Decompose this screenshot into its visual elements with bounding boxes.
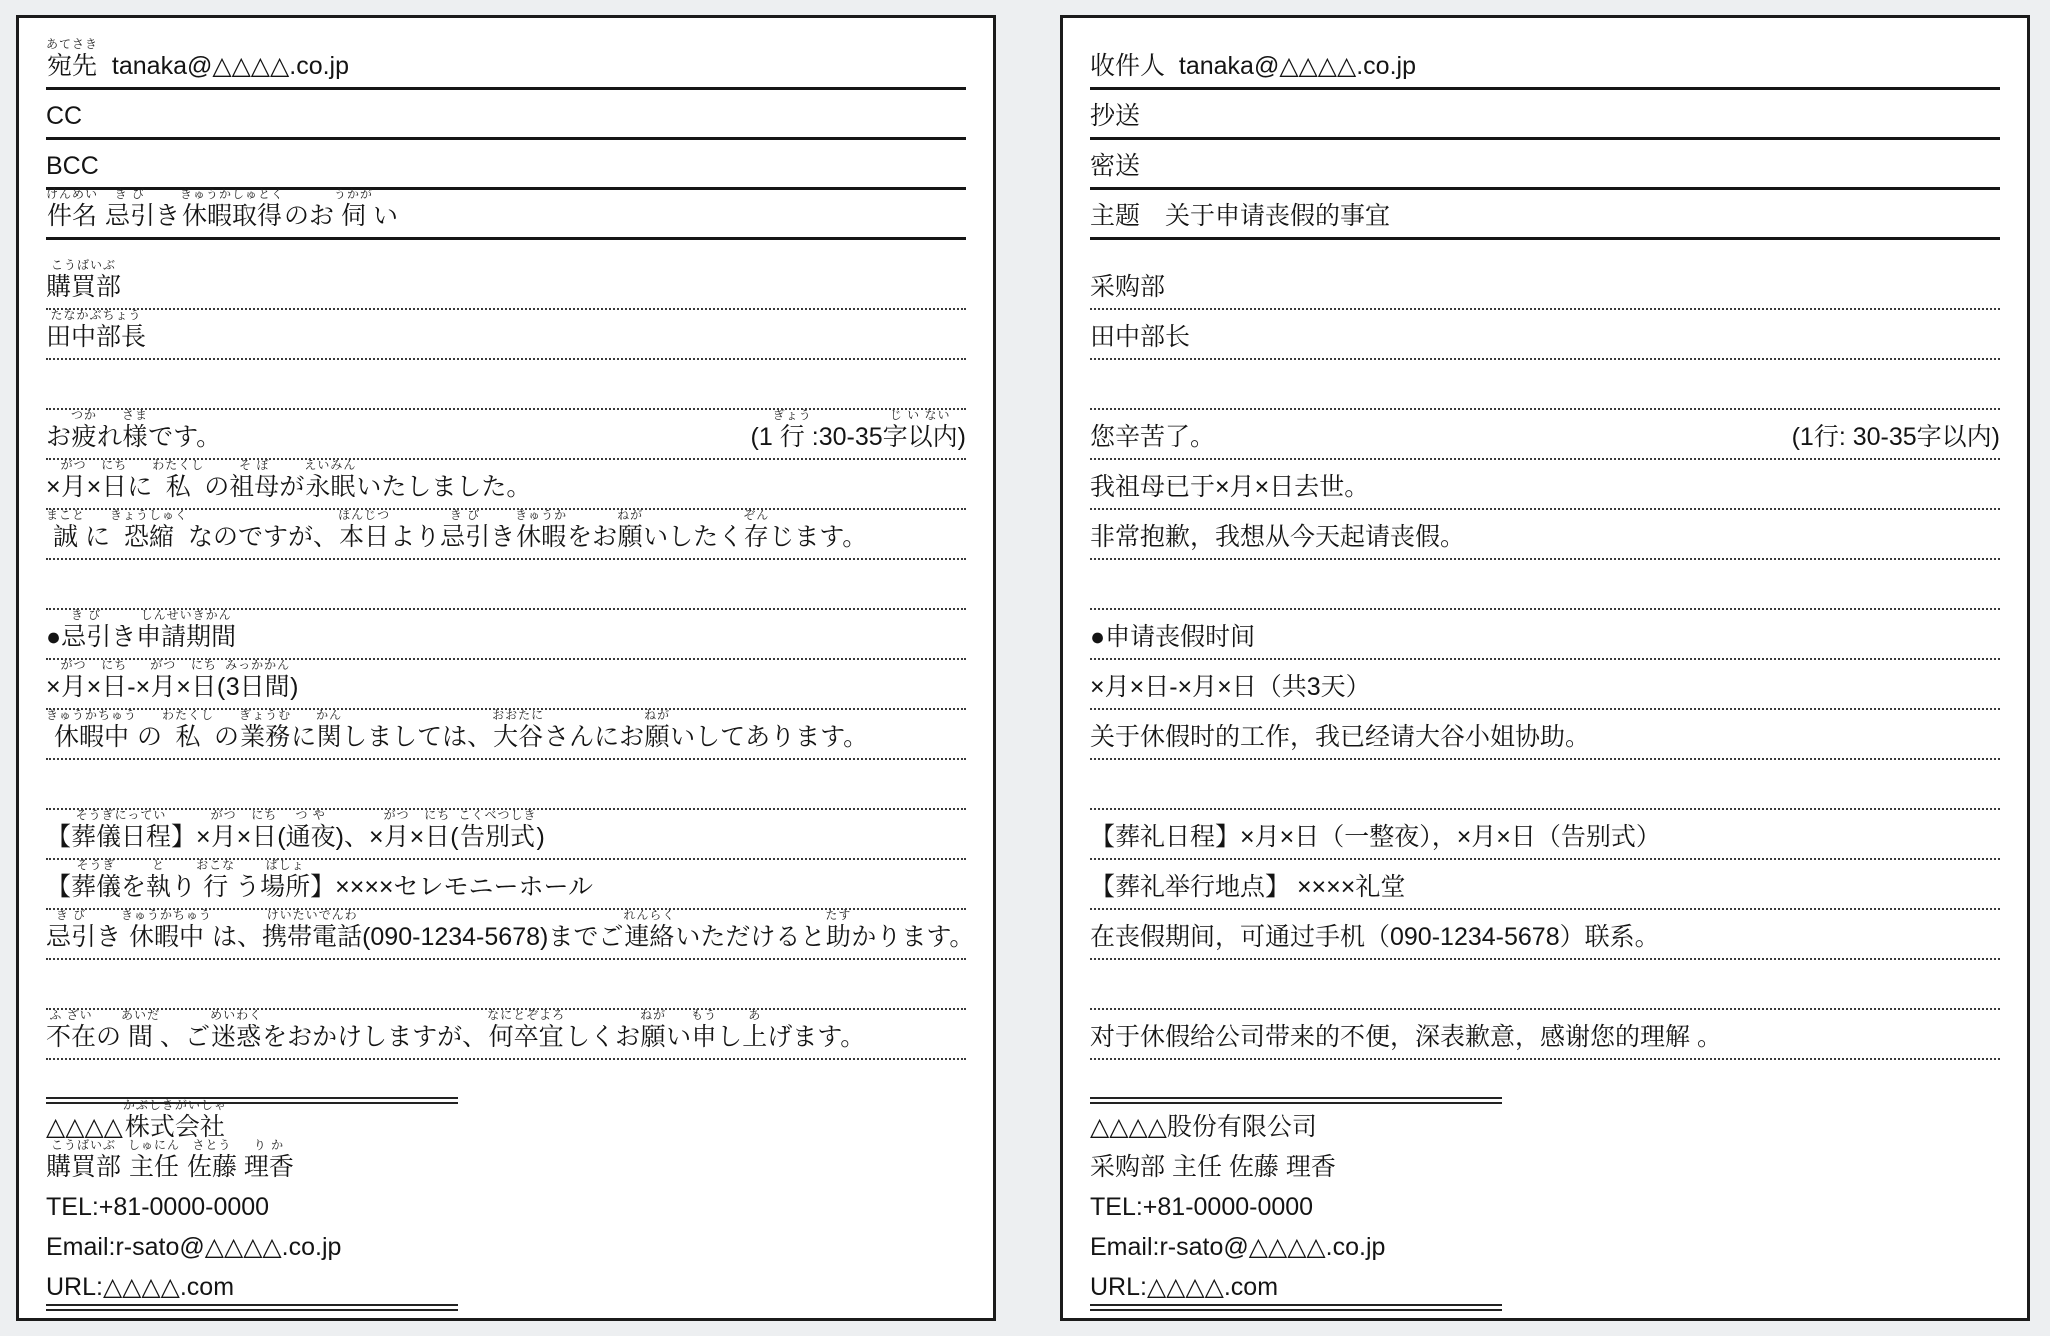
ruby-base: 忌引 bbox=[61, 623, 111, 651]
text-segment: 抄送 bbox=[1090, 102, 1140, 130]
body-row: 【そうぎにってい葬儀日程】×がつ月×にち日(つ や通夜)、×がつ月×にち日(こく… bbox=[46, 810, 966, 860]
text-segment: いただけると bbox=[675, 923, 825, 951]
furigana: きゅうか bbox=[515, 509, 567, 521]
ruby-group: がつ月 bbox=[384, 809, 410, 851]
text-segment: ( bbox=[217, 673, 225, 701]
ruby-base: 大谷 bbox=[493, 723, 543, 751]
ruby-base: 様 bbox=[123, 423, 148, 451]
body-content: たなかぶちょう田中部長 bbox=[46, 309, 146, 351]
ruby-group: がつ月 bbox=[211, 809, 237, 851]
text-segment: き bbox=[490, 523, 515, 551]
furigana: そ ぼ bbox=[239, 459, 269, 471]
field-row: 主题 关于申请丧假的事宜 bbox=[1090, 190, 2000, 240]
body-row: まこと誠にきょうしゅく恐縮なのですが、ほんじつ本日よりき び忌引ききゅうか休暇を… bbox=[46, 510, 966, 560]
furigana: き び bbox=[71, 609, 101, 621]
field-content: けんめい件名 き び忌引ききゅうかしゅとく休暇取得のおうかが伺い bbox=[46, 188, 398, 230]
text-segment: 【葬礼举行地点】 ××××礼堂 bbox=[1090, 873, 1405, 901]
body-row: ×がつ月×にち日-×がつ月×にち日(みっかかん3日間) bbox=[46, 660, 966, 710]
furigana: あてさき bbox=[46, 38, 98, 50]
signature-line: TEL:+81-0000-0000 bbox=[46, 1184, 458, 1224]
ruby-group: つ や通夜 bbox=[286, 809, 336, 851]
furigana: けんめい bbox=[46, 188, 98, 200]
furigana: あ bbox=[748, 1009, 761, 1021]
ruby-base: 件名 bbox=[47, 202, 97, 230]
body-content: 您辛苦了。 bbox=[1090, 423, 1215, 451]
text-segment: 、ご bbox=[160, 1023, 210, 1051]
text-segment: 我祖母已于×月×日去世。 bbox=[1090, 473, 1369, 501]
text-segment: に bbox=[291, 723, 316, 751]
furigana: き び bbox=[115, 188, 145, 200]
body-content: 我祖母已于×月×日去世。 bbox=[1090, 473, 1369, 501]
body-content: まこと誠にきょうしゅく恐縮なのですが、ほんじつ本日よりき び忌引ききゅうか休暇を… bbox=[46, 509, 867, 551]
body-content: きゅうかちゅう休暇中のわたくし私のぎょうむ業務にかん関しましては、おおたに大谷さ… bbox=[46, 709, 868, 751]
furigana: ぎょうむ bbox=[239, 709, 291, 721]
furigana: わたくし bbox=[152, 459, 204, 471]
text-segment: TEL:+81-0000-0000 bbox=[1090, 1193, 1313, 1221]
furigana: きゅうかちゅう bbox=[121, 909, 212, 921]
ruby-base: 永眠 bbox=[305, 473, 355, 501]
ruby-group: ぎょう行 bbox=[773, 409, 812, 451]
ruby-base: 祖母 bbox=[229, 473, 279, 501]
body-content: ×がつ月×にち日にわたくし私のそ ぼ祖母がえいみん永眠いたしました。 bbox=[46, 459, 531, 501]
ruby-group: こうばいぶ購買部 bbox=[46, 259, 121, 301]
ruby-group: にち日 bbox=[101, 459, 127, 501]
text-segment: 对于休假给公司带来的不便，深表歉意，感谢您的理解 。 bbox=[1090, 1023, 1722, 1051]
ruby-group: こくべつしき告別式 bbox=[459, 809, 537, 851]
body-row: 对于休假给公司带来的不便，深表歉意，感谢您的理解 。 bbox=[1090, 1010, 2000, 1060]
body-row: 【そうぎ葬儀をと執りおこな行うばしょ場所】××××セレモニーホール bbox=[46, 860, 966, 910]
text-segment: より bbox=[390, 523, 440, 551]
field-row: けんめい件名 き び忌引ききゅうかしゅとく休暇取得のおうかが伺い bbox=[46, 190, 966, 240]
furigana: がつ bbox=[211, 809, 237, 821]
empty-row bbox=[46, 960, 966, 1010]
body-row: 田中部长 bbox=[1090, 310, 2000, 360]
ruby-base: 上 bbox=[742, 1023, 767, 1051]
text-segment bbox=[237, 1153, 244, 1181]
text-segment: URL:△△△△.com bbox=[46, 1273, 234, 1301]
furigana: ぞん bbox=[743, 509, 769, 521]
signature-line: 采购部 主任 佐藤 理香 bbox=[1090, 1144, 1502, 1184]
furigana: もう bbox=[691, 1009, 717, 1021]
field-row: あてさき宛先 tanaka@△△△△.co.jp bbox=[46, 18, 966, 90]
body-content: 【そうぎ葬儀をと執りおこな行うばしょ場所】××××セレモニーホール bbox=[46, 859, 593, 901]
text-segment: × bbox=[410, 823, 425, 851]
text-segment: の bbox=[204, 473, 229, 501]
text-segment: 【 bbox=[46, 823, 71, 851]
furigana: がつ bbox=[384, 809, 410, 821]
furigana: あいだ bbox=[121, 1009, 160, 1021]
signature-line: TEL:+81-0000-0000 bbox=[1090, 1184, 1502, 1224]
body-content: ふ ざい不在のあいだ間、ごめいわく迷惑をおかけしますが、なにとぞよろ何卒宜しくお… bbox=[46, 1009, 865, 1051]
field-content: CC bbox=[46, 102, 82, 130]
text-segment: は、 bbox=[212, 923, 262, 951]
body-content: ×月×日-×月×日（共3天） bbox=[1090, 673, 1371, 701]
text-segment: 关于休假时的工作，我已经请大谷小姐协助。 bbox=[1090, 723, 1590, 751]
ruby-group: ぞん存 bbox=[743, 509, 769, 551]
text-segment: × bbox=[87, 473, 102, 501]
empty-row bbox=[46, 760, 966, 810]
ruby-group: ねが願 bbox=[640, 1009, 666, 1051]
ruby-base: 月 bbox=[151, 673, 176, 701]
text-segment: い bbox=[373, 202, 398, 230]
body-row: 【葬礼举行地点】 ××××礼堂 bbox=[1090, 860, 2000, 910]
signature-line: こうばいぶ購買部 しゅにん主任 さとう佐藤 り か理香 bbox=[46, 1144, 458, 1184]
text-segment: ) bbox=[290, 673, 298, 701]
furigana: さま bbox=[122, 409, 148, 421]
ruby-base: 日 bbox=[252, 823, 277, 851]
furigana: き び bbox=[450, 509, 480, 521]
ruby-base: 忌引 bbox=[105, 202, 155, 230]
body-row: 我祖母已于×月×日去世。 bbox=[1090, 460, 2000, 510]
ruby-base: 迷惑 bbox=[211, 1023, 261, 1051]
body-content: おつか疲れさま様です。 bbox=[46, 409, 221, 451]
body-row: たなかぶちょう田中部長 bbox=[46, 310, 966, 360]
ruby-group: そうぎ葬儀 bbox=[71, 859, 121, 901]
email-panel-japanese: あてさき宛先 tanaka@△△△△.co.jpCCBCCけんめい件名 き び忌… bbox=[16, 15, 996, 1321]
ruby-group: たす助 bbox=[825, 909, 851, 951]
text-segment: に bbox=[127, 473, 152, 501]
text-segment: いしてあります。 bbox=[670, 723, 868, 751]
ruby-base: 願 bbox=[645, 723, 670, 751]
ruby-base: 佐藤 bbox=[187, 1153, 237, 1181]
ruby-group: うかが伺 bbox=[334, 188, 373, 230]
ruby-base: 購買部 bbox=[46, 1153, 121, 1181]
furigana: り か bbox=[254, 1139, 284, 1151]
ruby-group: がつ月 bbox=[61, 459, 87, 501]
furigana: うかが bbox=[334, 188, 373, 200]
ruby-base: 願 bbox=[641, 1023, 666, 1051]
field-row: CC bbox=[46, 90, 966, 140]
body-row: ×がつ月×にち日にわたくし私のそ ぼ祖母がえいみん永眠いたしました。 bbox=[46, 460, 966, 510]
ruby-base: 助 bbox=[826, 923, 851, 951]
text-segment: ) bbox=[958, 423, 966, 451]
field-content: あてさき宛先 tanaka@△△△△.co.jp bbox=[46, 38, 349, 80]
text-segment: 密送 bbox=[1090, 152, 1140, 180]
body-content: 采购部 bbox=[1090, 273, 1165, 301]
body-row: き び忌引ききゅうかちゅう休暇中は、けいたいでんわ携帯電話(090-1234-5… bbox=[46, 910, 966, 960]
text-segment bbox=[180, 1153, 187, 1181]
furigana: ばしょ bbox=[266, 859, 305, 871]
char-limit-note: (1ぎょう行:30-35じ い ない字以内) bbox=[751, 409, 966, 451]
ruby-group: あてさき宛先 bbox=[46, 38, 98, 80]
body-content: 非常抱歉，我想从今天起请丧假。 bbox=[1090, 523, 1465, 551]
body-content: き び忌引ききゅうかちゅう休暇中は、けいたいでんわ携帯電話(090-1234-5… bbox=[46, 909, 974, 951]
furigana: がつ bbox=[61, 459, 87, 471]
text-segment: しましては、 bbox=[342, 723, 492, 751]
text-segment: Email:r-sato@△△△△.co.jp bbox=[46, 1233, 341, 1261]
text-segment: 【葬礼日程】×月×日（一整夜），×月×日（告别式） bbox=[1090, 823, 1661, 851]
furigana: しゅにん bbox=[128, 1139, 180, 1151]
body-row: ×月×日-×月×日（共3天） bbox=[1090, 660, 2000, 710]
text-segment: のお bbox=[284, 202, 334, 230]
text-segment: 在丧假期间，可通过手机（090-1234-5678）联系。 bbox=[1090, 923, 1660, 951]
ruby-base: 3日間 bbox=[226, 673, 290, 701]
text-segment: しくお bbox=[565, 1023, 640, 1051]
furigana: おこな bbox=[196, 859, 235, 871]
body-row: 非常抱歉，我想从今天起请丧假。 bbox=[1090, 510, 2000, 560]
text-segment: を bbox=[121, 873, 146, 901]
ruby-base: 誠 bbox=[53, 523, 78, 551]
ruby-group: にち日 bbox=[424, 809, 450, 851]
signature-line: Email:r-sato@△△△△.co.jp bbox=[1090, 1224, 1502, 1264]
ruby-base: 主任 bbox=[129, 1153, 179, 1181]
ruby-group: えいみん永眠 bbox=[304, 459, 356, 501]
ruby-group: みっかかん3日間 bbox=[225, 659, 290, 701]
furigana: がつ bbox=[150, 659, 176, 671]
ruby-base: 字以内 bbox=[883, 423, 958, 451]
text-segment: の bbox=[137, 723, 162, 751]
body-content: 【葬礼日程】×月×日（一整夜），×月×日（告别式） bbox=[1090, 823, 1661, 851]
body-content: 【そうぎにってい葬儀日程】×がつ月×にち日(つ や通夜)、×がつ月×にち日(こく… bbox=[46, 809, 545, 851]
ruby-group: さま様 bbox=[122, 409, 148, 451]
furigana: きょうしゅく bbox=[110, 509, 188, 521]
text-segment: × bbox=[176, 673, 191, 701]
furigana: たす bbox=[825, 909, 851, 921]
text-segment: 】××××セレモニーホール bbox=[310, 873, 593, 901]
ruby-group: きゅうかちゅう休暇中 bbox=[121, 909, 212, 951]
furigana: そうぎにってい bbox=[76, 809, 167, 821]
field-row: 收件人 tanaka@△△△△.co.jp bbox=[1090, 18, 2000, 90]
text-segment: ● bbox=[46, 623, 61, 651]
text-segment: に bbox=[85, 523, 110, 551]
text-segment: URL:△△△△.com bbox=[1090, 1273, 1278, 1301]
ruby-base: 理香 bbox=[244, 1153, 294, 1181]
ruby-group: り か理香 bbox=[244, 1139, 294, 1181]
ruby-base: 業務 bbox=[240, 723, 290, 751]
furigana: にち bbox=[424, 809, 450, 821]
ruby-base: 恐縮 bbox=[124, 523, 174, 551]
furigana: こうばいぶ bbox=[51, 1139, 116, 1151]
ruby-group: き び忌引 bbox=[46, 909, 96, 951]
ruby-group: ばしょ場所 bbox=[260, 859, 310, 901]
empty-row bbox=[46, 360, 966, 410]
furigana: こうばいぶ bbox=[51, 259, 116, 271]
furigana: わたくし bbox=[162, 709, 214, 721]
ruby-base: 日 bbox=[102, 673, 127, 701]
text-segment bbox=[98, 202, 105, 230]
field-content: 收件人 tanaka@△△△△.co.jp bbox=[1090, 52, 1416, 80]
ruby-base: 通夜 bbox=[286, 823, 336, 851]
text-segment: さんにお bbox=[544, 723, 644, 751]
furigana: れんらく bbox=[623, 909, 675, 921]
ruby-group: けいたいでんわ携帯電話 bbox=[262, 909, 362, 951]
furigana: き び bbox=[56, 909, 86, 921]
ruby-base: 連絡 bbox=[624, 923, 674, 951]
ruby-group: おおたに大谷 bbox=[492, 709, 544, 751]
ruby-group: わたくし私 bbox=[152, 459, 204, 501]
text-segment: 田中部长 bbox=[1090, 323, 1190, 351]
text-segment: 】× bbox=[171, 823, 211, 851]
furigana: かん bbox=[316, 709, 342, 721]
ruby-base: 休暇中 bbox=[129, 923, 204, 951]
text-segment: れ bbox=[97, 423, 122, 451]
text-segment: × bbox=[46, 673, 61, 701]
signature-rule-bottom bbox=[46, 1304, 458, 1311]
body-content: 对于休假给公司带来的不便，深表歉意，感谢您的理解 。 bbox=[1090, 1023, 1722, 1051]
furigana: めいわく bbox=[210, 1009, 262, 1021]
ruby-group: ぎょうむ業務 bbox=[239, 709, 291, 751]
ruby-base: 願 bbox=[618, 523, 643, 551]
text-segment: CC bbox=[46, 102, 82, 130]
ruby-base: 場所 bbox=[260, 873, 310, 901]
text-segment: かります。 bbox=[851, 923, 974, 951]
ruby-group: かぶしきがいしゃ株式会社 bbox=[123, 1099, 227, 1141]
ruby-base: 田中部長 bbox=[46, 323, 146, 351]
furigana: そうぎ bbox=[77, 859, 116, 871]
body-row: 您辛苦了。(1行: 30-35字以内) bbox=[1090, 410, 2000, 460]
text-segment: じます。 bbox=[769, 523, 867, 551]
signature-rule-bottom bbox=[1090, 1304, 1502, 1311]
ruby-base: 私 bbox=[166, 473, 191, 501]
furigana: たなかぶちょう bbox=[51, 309, 142, 321]
field-row: 抄送 bbox=[1090, 90, 2000, 140]
ruby-base: 忌引 bbox=[46, 923, 96, 951]
text-segment: いしたく bbox=[643, 523, 743, 551]
body-content: 【葬礼举行地点】 ××××礼堂 bbox=[1090, 873, 1405, 901]
text-segment: の bbox=[96, 1023, 121, 1051]
text-segment: ) bbox=[537, 823, 545, 851]
furigana: ねが bbox=[617, 509, 643, 521]
ruby-group: かん関 bbox=[316, 709, 342, 751]
furigana: ねが bbox=[640, 1009, 666, 1021]
ruby-group: さとう佐藤 bbox=[187, 1139, 237, 1181]
ruby-group: にち日 bbox=[101, 659, 127, 701]
body-row: 在丧假期间，可通过手机（090-1234-5678）联系。 bbox=[1090, 910, 2000, 960]
ruby-group: き び忌引 bbox=[440, 509, 490, 551]
ruby-group: あいだ間 bbox=[121, 1009, 160, 1051]
text-segment: いたしました。 bbox=[356, 473, 531, 501]
text-segment: 主题 关于申请丧假的事宜 bbox=[1090, 202, 1390, 230]
ruby-group: もう申 bbox=[691, 1009, 717, 1051]
ruby-group: つか疲 bbox=[71, 409, 97, 451]
ruby-group: にち日 bbox=[191, 659, 217, 701]
ruby-group: けんめい件名 bbox=[46, 188, 98, 230]
ruby-base: 本日 bbox=[339, 523, 389, 551]
text-segment: (1 bbox=[751, 423, 773, 451]
furigana: けいたいでんわ bbox=[267, 909, 358, 921]
body-content: 关于休假时的工作，我已经请大谷小姐协助。 bbox=[1090, 723, 1590, 751]
furigana: つか bbox=[71, 409, 97, 421]
body-content: 在丧假期间，可通过手机（090-1234-5678）联系。 bbox=[1090, 923, 1660, 951]
field-content: BCC bbox=[46, 152, 99, 180]
ruby-group: なにとぞよろ何卒宜 bbox=[487, 1009, 565, 1051]
text-segment: い bbox=[666, 1023, 691, 1051]
text-segment: お bbox=[46, 423, 71, 451]
text-segment: :30-35 bbox=[812, 423, 883, 451]
text-segment: 【 bbox=[46, 873, 71, 901]
furigana: と bbox=[152, 859, 165, 871]
ruby-group: こうばいぶ購買部 bbox=[46, 1139, 121, 1181]
text-segment: ×月×日-×月×日（共3天） bbox=[1090, 673, 1371, 701]
ruby-base: 執 bbox=[146, 873, 171, 901]
ruby-base: 伺 bbox=[341, 202, 366, 230]
signature-rule-top bbox=[46, 1097, 458, 1104]
empty-row bbox=[1090, 360, 2000, 410]
text-segment: り bbox=[171, 873, 196, 901]
signature-rule-top bbox=[1090, 1097, 1502, 1104]
furigana: にち bbox=[101, 659, 127, 671]
signature-line: △△△△股份有限公司 bbox=[1090, 1104, 1502, 1144]
empty-row bbox=[1090, 760, 2000, 810]
furigana: さとう bbox=[192, 1139, 231, 1151]
ruby-base: 月 bbox=[61, 473, 86, 501]
text-segment: き bbox=[155, 202, 180, 230]
furigana: みっかかん bbox=[225, 659, 290, 671]
ruby-group: そ ぼ祖母 bbox=[229, 459, 279, 501]
ruby-base: 休暇中 bbox=[54, 723, 129, 751]
ruby-group: れんらく連絡 bbox=[623, 909, 675, 951]
signature-block: △△△△股份有限公司采购部 主任 佐藤 理香TEL:+81-0000-0000E… bbox=[1090, 1097, 1502, 1311]
ruby-group: ふ ざい不在 bbox=[46, 1009, 96, 1051]
text-segment: き bbox=[111, 623, 136, 651]
ruby-group: じ い ない字以内 bbox=[883, 409, 958, 451]
ruby-group: きゅうかしゅとく休暇取得 bbox=[180, 188, 284, 230]
ruby-base: 私 bbox=[176, 723, 201, 751]
text-segment: ( bbox=[450, 823, 458, 851]
furigana: にち bbox=[101, 459, 127, 471]
text-segment: 非常抱歉，我想从今天起请丧假。 bbox=[1090, 523, 1465, 551]
ruby-base: 不在 bbox=[46, 1023, 96, 1051]
ruby-base: 申 bbox=[692, 1023, 717, 1051]
text-segment: BCC bbox=[46, 152, 99, 180]
char-limit-note: (1行: 30-35字以内) bbox=[1792, 423, 2000, 451]
empty-row bbox=[1090, 960, 2000, 1010]
text-segment: TEL:+81-0000-0000 bbox=[46, 1193, 269, 1221]
text-segment: をおかけしますが、 bbox=[262, 1023, 487, 1051]
furigana: ふ ざい bbox=[49, 1009, 92, 1021]
ruby-base: 日 bbox=[425, 823, 450, 851]
text-segment: 收件人 tanaka@△△△△.co.jp bbox=[1090, 52, 1416, 80]
text-segment: げます。 bbox=[767, 1023, 865, 1051]
text-segment: 采购部 主任 佐藤 理香 bbox=[1090, 1153, 1336, 1181]
ruby-group: がつ月 bbox=[61, 659, 87, 701]
ruby-base: 間 bbox=[128, 1023, 153, 1051]
text-segment: )、× bbox=[336, 823, 384, 851]
ruby-base: 宛先 bbox=[47, 52, 97, 80]
ruby-group: きゅうか休暇 bbox=[515, 509, 567, 551]
field-content: 密送 bbox=[1090, 152, 1140, 180]
body-row: こうばいぶ購買部 bbox=[46, 240, 966, 310]
text-segment: (090-1234-5678)までご bbox=[362, 923, 623, 951]
furigana: なにとぞよろ bbox=[487, 1009, 565, 1021]
text-segment: の bbox=[214, 723, 239, 751]
ruby-group: きょうしゅく恐縮 bbox=[110, 509, 188, 551]
ruby-group: にち日 bbox=[251, 809, 277, 851]
ruby-base: 忌引 bbox=[440, 523, 490, 551]
body-row: おつか疲れさま様です。(1ぎょう行:30-35じ い ない字以内) bbox=[46, 410, 966, 460]
furigana: まこと bbox=[46, 509, 85, 521]
text-segment: △△△△ bbox=[46, 1113, 123, 1141]
page: あてさき宛先 tanaka@△△△△.co.jpCCBCCけんめい件名 き び忌… bbox=[0, 0, 2050, 1321]
furigana: こくべつしき bbox=[459, 809, 537, 821]
ruby-group: と執 bbox=[146, 859, 171, 901]
field-content: 抄送 bbox=[1090, 102, 1140, 130]
ruby-base: 疲 bbox=[72, 423, 97, 451]
ruby-group: ねが願 bbox=[617, 509, 643, 551]
empty-row bbox=[1090, 560, 2000, 610]
furigana: えいみん bbox=[304, 459, 356, 471]
furigana: おおたに bbox=[492, 709, 544, 721]
ruby-group: たなかぶちょう田中部長 bbox=[46, 309, 146, 351]
ruby-base: 申請期間 bbox=[136, 623, 236, 651]
body-content: ●き び忌引きしんせいきかん申請期間 bbox=[46, 609, 236, 651]
furigana: ほんじつ bbox=[338, 509, 390, 521]
text-segment: Email:r-sato@△△△△.co.jp bbox=[1090, 1233, 1385, 1261]
text-segment: (1行: 30-35字以内) bbox=[1792, 423, 2000, 451]
furigana: じ い ない bbox=[890, 409, 951, 421]
body-row: ●申请丧假时间 bbox=[1090, 610, 2000, 660]
text-segment bbox=[121, 1153, 128, 1181]
